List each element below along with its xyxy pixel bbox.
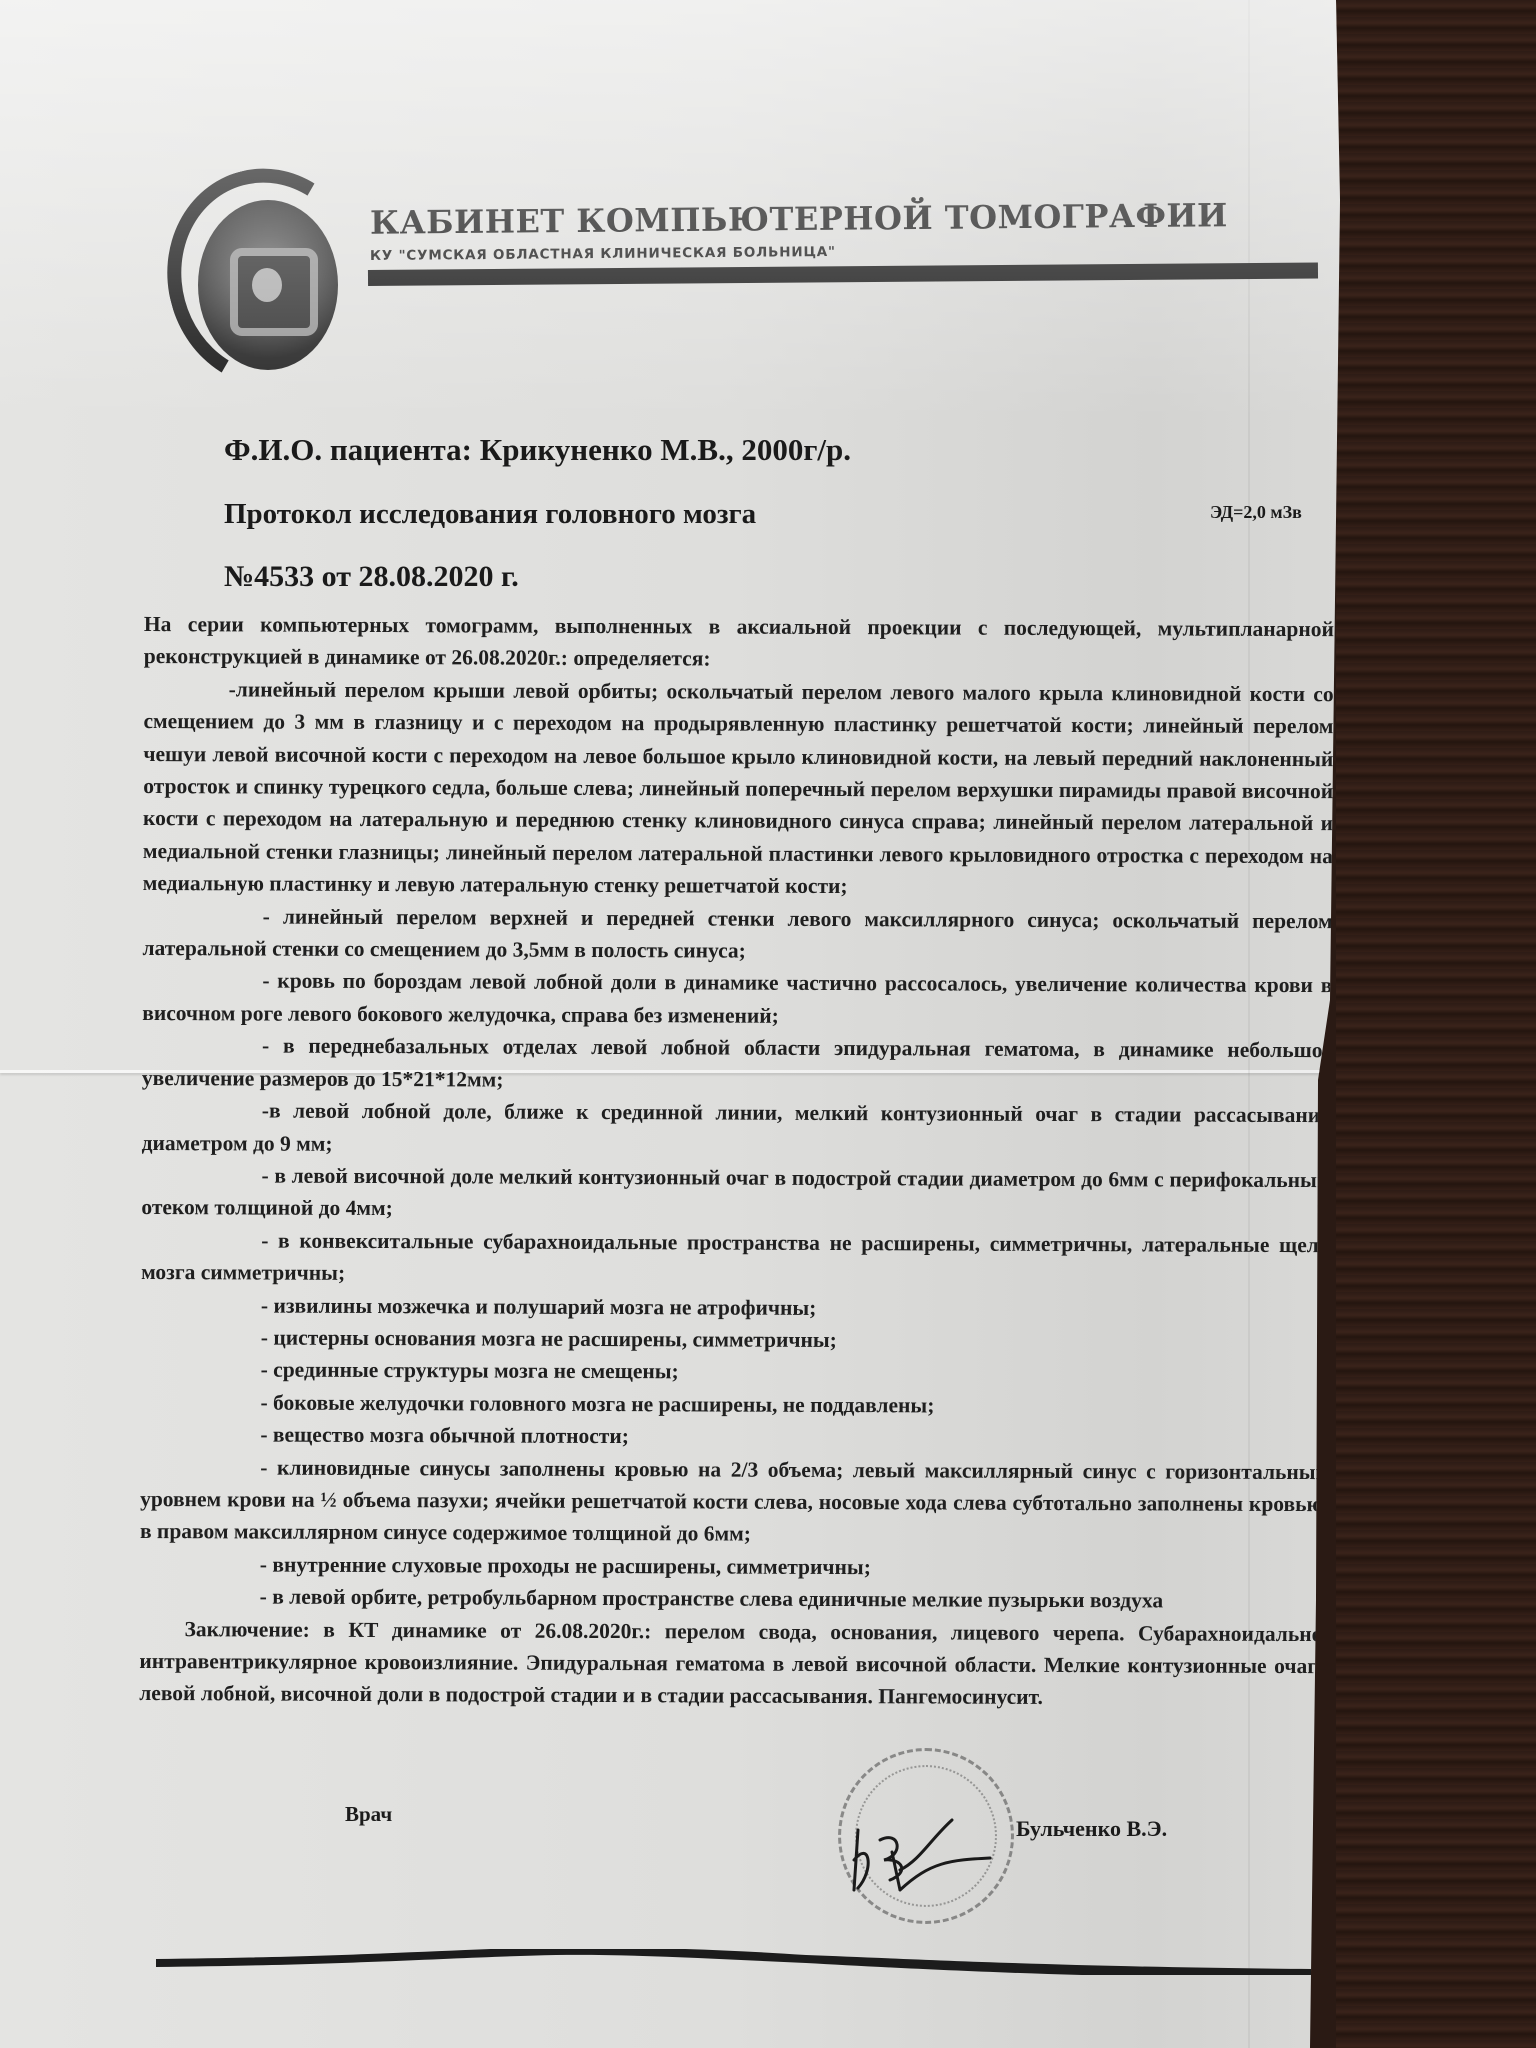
finding-item: - извилины мозжечка и полушарий мозга не… xyxy=(141,1289,1331,1327)
protocol-number-date: №4533 от 28.08.2020 г. xyxy=(224,560,519,594)
effective-dose: ЭД=2,0 мЗв xyxy=(1210,502,1302,523)
report-intro: На серии компьютерных томограмм, выполне… xyxy=(144,608,1334,678)
finding-item: - боковые желудочки головного мозга не р… xyxy=(140,1386,1330,1424)
finding-item: - линейный перелом верхней и передней ст… xyxy=(142,900,1332,970)
finding-item: - в левой височной доле мелкий контузион… xyxy=(141,1159,1331,1229)
finding-item: - в левой орбите, ретробульбарном простр… xyxy=(140,1580,1330,1618)
finding-item: - вещество мозга обычной плотности; xyxy=(140,1418,1330,1456)
doctor-name: Бульченко В.Э. xyxy=(1016,1816,1167,1842)
patient-name: Ф.И.О. пациента: Крикуненко М.В., 2000г/… xyxy=(224,432,851,468)
handwritten-signature-icon xyxy=(840,1800,1000,1910)
clinic-title: КАБИНЕТ КОМПЬЮТЕРНОЙ ТОМОГРАФИИ xyxy=(370,196,1228,241)
finding-item: - срединные структуры мозга не смещены; xyxy=(141,1353,1331,1391)
conclusion-text: в КТ динамике от 26.08.2020г.: перелом с… xyxy=(139,1617,1329,1709)
finding-item: - кровь по бороздам левой лобной доли в … xyxy=(142,964,1332,1034)
document-paper: КАБИНЕТ КОМПЬЮТЕРНОЙ ТОМОГРАФИИ КУ "СУМС… xyxy=(0,0,1440,2048)
conclusion: Заключение: в КТ динамике от 26.08.2020г… xyxy=(139,1613,1329,1715)
protocol-title: Протокол исследования головного мозга xyxy=(224,498,756,531)
doctor-role-label: Врач xyxy=(345,1802,392,1827)
finding-item: -линейный перелом крыши левой орбиты; ос… xyxy=(143,673,1334,905)
conclusion-label: Заключение: xyxy=(184,1617,309,1642)
finding-item: - в переднебазальных отделах левой лобно… xyxy=(142,1029,1332,1099)
finding-item: - внутренние слуховые проходы не расшире… xyxy=(140,1548,1330,1586)
finding-item: - цистерны основания мозга не расширены,… xyxy=(141,1321,1331,1359)
footer-divider xyxy=(156,1949,1316,1975)
hospital-name: КУ "СУМСКАЯ ОБЛАСТНАЯ КЛИНИЧЕСКАЯ БОЛЬНИ… xyxy=(370,244,836,264)
header-divider xyxy=(368,263,1318,286)
finding-item: - клиновидные синусы заполнены кровью на… xyxy=(140,1451,1330,1553)
finding-item: -в левой лобной доле, ближе к срединной … xyxy=(142,1094,1332,1164)
finding-item: - в конвекситальные субарахноидальные пр… xyxy=(141,1224,1331,1294)
wooden-table-background xyxy=(1336,0,1536,2048)
report-body: На серии компьютерных томограмм, выполне… xyxy=(139,608,1334,1715)
ct-scanner-logo-icon xyxy=(168,168,368,388)
